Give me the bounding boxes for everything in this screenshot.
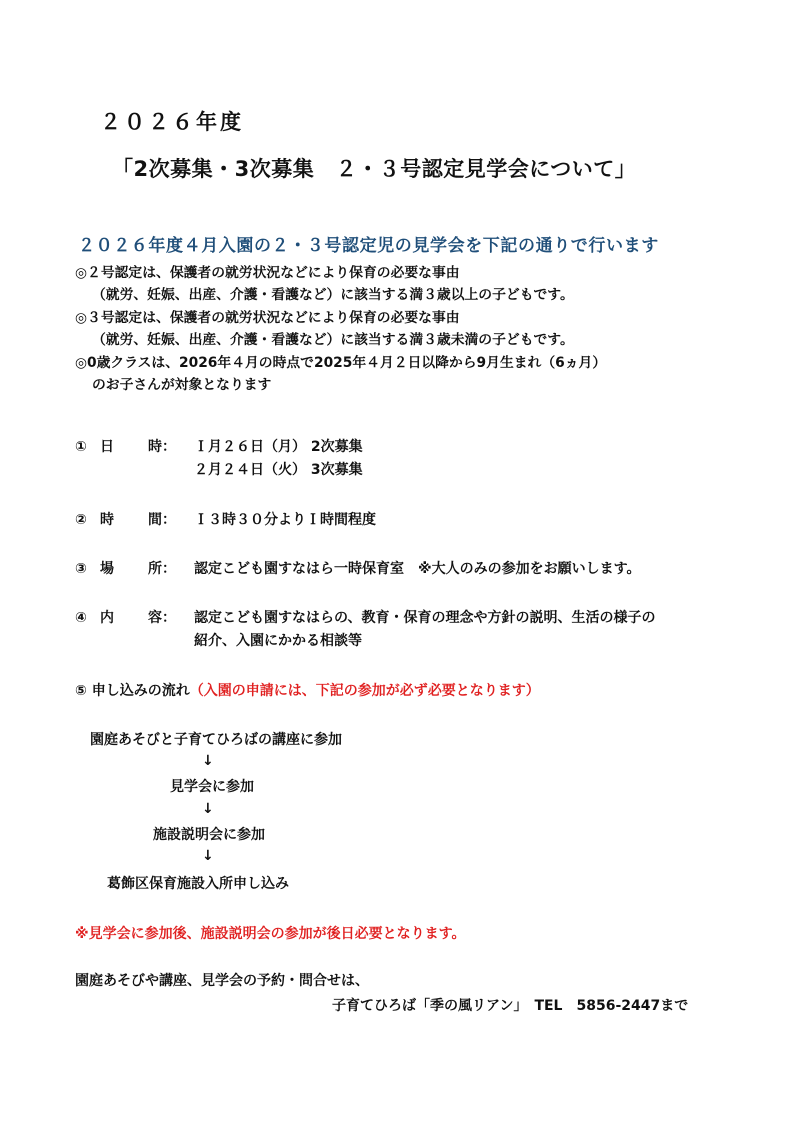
item-number: ⑤ [75,683,87,699]
item-label-a: 内 [100,607,114,629]
page-title: 「2次募集・3次募集 ２・３号認定見学会について」 [112,153,636,183]
item-label-b: 所： [148,558,176,580]
item-value: 紹介、入園にかかる相談等 [194,630,362,652]
year-title: ２０２６年度 [100,106,244,136]
item-application-flow: ⑤ 申し込みの流れ（入園の申請には、下記の参加が必ず必要となります） [75,680,540,702]
item-label-b: 容： [148,607,176,629]
item-value: ２月２４日（火） 3次募集 [194,459,363,481]
intro-type2-line1: ◎２号認定は、保護者の就労状況などにより保育の必要な事由 [75,262,460,284]
intro-type3-line1: ◎３号認定は、保護者の就労状況などにより保育の必要な事由 [75,307,460,329]
intro-type2-line2: （就労、妊娠、出産、介護・看護など）に該当する満３歳以上の子どもです。 [92,284,574,306]
flow-step-4: 葛飾区保育施設入所申し込み [107,873,289,893]
item-number: ④ [75,607,87,629]
intro-age0-line1: ◎0歳クラスは、2026年４月の時点で2025年４月２日以降から9月生まれ（6ヵ… [75,352,606,374]
flow-step-3: 施設説明会に参加 [153,824,265,844]
required-notice: （入園の申請には、下記の参加が必ず必要となります） [190,683,540,699]
item-value: 認定こども園すなはらの、教育・保育の理念や方針の説明、生活の様子の [194,607,655,629]
intro-type3-line2: （就労、妊娠、出産、介護・看護など）に該当する満３歳未満の子どもです。 [92,329,574,351]
item-number: ③ [75,558,87,580]
flow-step-2: 見学会に参加 [170,776,254,796]
item-value: Ｉ月２６日（月） 2次募集 [194,436,363,458]
intro-age0-line2: のお子さんが対象となります [92,374,271,396]
important-note: ※見学会に参加後、施設説明会の参加が後日必要となります。 [75,923,466,943]
item-label-a: 時 [100,509,114,531]
item-label-b: 間： [148,509,176,531]
item-value: 認定こども園すなはら一時保育室 ※大人のみの参加をお願いします。 [194,558,641,580]
item-number: ① [75,436,87,458]
flow-step-1: 園庭あそびと子育てひろばの講座に参加 [90,729,342,749]
contact-line-1: 園庭あそびや講座、見学会の予約・問合せは、 [75,970,369,990]
arrow-down-icon: ↓ [202,801,214,817]
item-value: Ｉ３時３０分よりＩ時間程度 [194,509,376,531]
item-number: ② [75,509,87,531]
arrow-down-icon: ↓ [202,753,214,769]
arrow-down-icon: ↓ [202,848,214,864]
item-label: 申し込みの流れ [92,683,190,699]
subheading: ２０２６年度４月入園の２・３号認定児の見学会を下記の通りで行います [78,231,659,256]
item-label-a: 日 [100,436,114,458]
contact-line-2: 子育てひろば「季の風リアン」 TEL 5856-2447まで [332,995,688,1015]
item-label-b: 時： [148,436,176,458]
item-label-a: 場 [100,558,114,580]
